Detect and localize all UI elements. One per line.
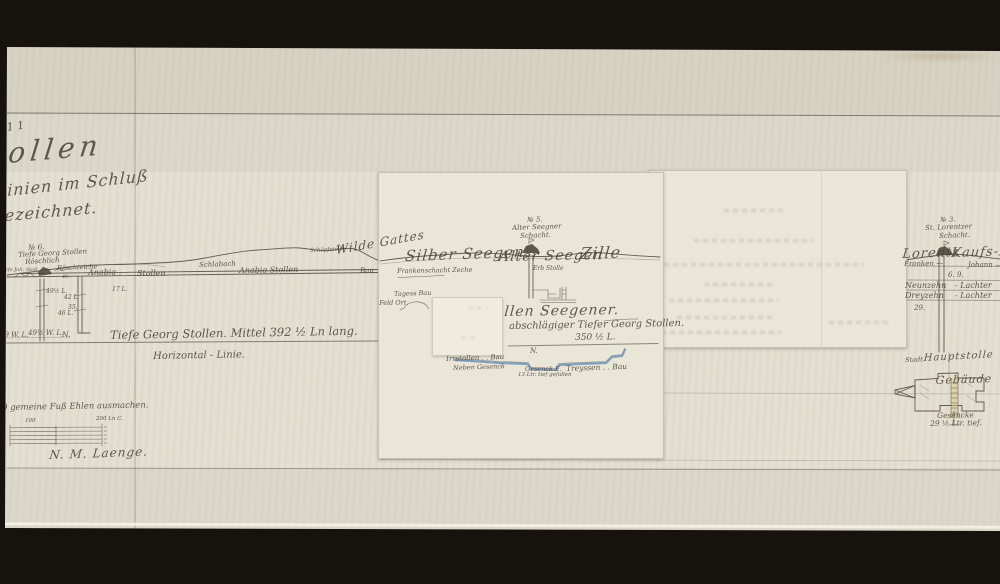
- table-row-dreyzehn: Dreyzehn: [905, 292, 944, 300]
- datum-measure: 99 W. L.: [0, 332, 28, 339]
- label-hauptstolle: Hauptstolle: [923, 350, 993, 364]
- flap-fold: [821, 171, 822, 347]
- scale-bar: [10, 424, 107, 446]
- ruled-line-top: [7, 113, 1000, 116]
- faded-ghost-text: [664, 263, 864, 266]
- faded-ghost-text: [677, 316, 772, 319]
- scale-tick-100: 100: [25, 419, 36, 425]
- depth-measure-right: 29.: [914, 305, 925, 312]
- label-tagess-bau: Tagess Bau: [394, 290, 432, 298]
- heading-length: 350 ½ L.: [575, 333, 616, 343]
- ruled-line-right-faint: [660, 393, 1000, 394]
- heading-north-mark: N.: [530, 348, 538, 355]
- label-zille: Zille: [579, 245, 622, 262]
- label-kaufs: Kaufs-Fr: [951, 245, 1000, 260]
- table-row-neunzehn: Neunzehn: [905, 282, 946, 290]
- ruled-line-bottom: [7, 468, 1000, 470]
- shaft5-sub: Schacht.: [520, 232, 551, 240]
- scale-caption: 9 gemeine Fuß Ehlen ausmachen.: [2, 401, 149, 412]
- label-bau: Bau: [360, 268, 374, 275]
- pasted-flap-faded: [648, 170, 907, 348]
- label-johann: Johann —: [968, 262, 1000, 269]
- title-line-2: Linien im Schluß: [0, 168, 149, 200]
- structure-protrusion: [895, 386, 915, 399]
- faded-ghost-text: [661, 331, 781, 334]
- water-label-neben-gesenck: Neben Gesenck: [453, 363, 505, 371]
- scale-length-label: N. M. Laenge.: [49, 446, 149, 462]
- datum-measure: 49½ W. L.: [28, 330, 63, 337]
- manuscript-sheet: 1 1 Stollen Linien im Schluß gezeichnet.…: [0, 0, 1000, 584]
- depth-measure: 46 L.: [58, 311, 73, 317]
- faded-ghost-text: [694, 239, 814, 242]
- pasted-patch-small: [432, 297, 503, 356]
- shaft3-sub: Schacht.: [939, 232, 970, 240]
- corner-mark: 1 1: [6, 120, 25, 133]
- label-gesencke-depth: 29 ½ Ltr. tief.: [930, 419, 982, 427]
- water-label-treyssen: Treyssen . . Bau: [566, 363, 627, 373]
- label-schlabach: Schlabach: [199, 261, 236, 269]
- label-gebaeude: Gebäude: [935, 373, 992, 386]
- datum-north-mark: N.: [62, 331, 70, 339]
- faded-ghost-text: [704, 283, 774, 286]
- paper-bottom-edge-highlight: [5, 522, 1000, 528]
- adit-mouth-label: Tiefe Joh. Stoll.: [0, 268, 39, 273]
- table-row-lachter: - Lachter: [955, 282, 992, 290]
- shaft-left-b: [78, 277, 90, 333]
- heading-seegener: llen Seegener.: [504, 303, 620, 319]
- label-anabia: Anabia .: [88, 268, 121, 277]
- label-franken-right: Franken —: [904, 260, 943, 268]
- table-row-lachter: - Lachter: [955, 292, 992, 300]
- ruled-line-datum: [0, 341, 378, 343]
- label-stollen: Stollen: [137, 270, 166, 278]
- title-line-3: gezeichnet.: [0, 200, 98, 225]
- paper-band-mid: [0, 115, 1000, 172]
- label-frankenschacht: Frankenschacht Zeche: [397, 267, 472, 275]
- label-stadt: Stadt: [905, 356, 923, 363]
- label-feld-ort: Feld Ort.: [379, 299, 409, 306]
- mine-buildings-left: [38, 267, 52, 276]
- shaft-right: [939, 256, 944, 352]
- water-label-tief-gefallen: 13 Ltr. tief gefallen: [518, 373, 572, 379]
- shaft6-sub: Röschlich: [25, 257, 60, 266]
- scanned-manuscript: 1 1 Stollen Linien im Schluß gezeichnet.…: [0, 0, 1000, 584]
- paper-band-top: [0, 47, 1000, 115]
- faded-ghost-text: [461, 336, 475, 339]
- faded-ghost-text: [669, 299, 779, 302]
- ruled-line-lower-faint: [380, 460, 1000, 462]
- label-anabia-stollen: Anabia Stollen: [239, 266, 298, 275]
- label-stollen-mittel-length: Tiefe Georg Stollen. Mittel 392 ½ Ln lan…: [110, 326, 358, 342]
- title-line-1: Stollen: [0, 131, 104, 171]
- paper-stain: [880, 52, 1000, 61]
- label-46: 46.: [62, 275, 70, 280]
- label-nums: 6. 9.: [948, 272, 964, 279]
- faded-ghost-text: [724, 209, 784, 212]
- paper-band-bottom: [0, 468, 1000, 530]
- depth-measure: 17 L.: [112, 287, 127, 293]
- scale-tick-200: 200 Ln C.: [96, 417, 123, 423]
- label-horizontal-linie: Horizontal - Linie.: [153, 350, 245, 362]
- depth-measure: 42 L.: [64, 295, 79, 301]
- faded-ghost-text: [468, 306, 488, 309]
- label-erb-stolle: Erb Stolle: [533, 266, 564, 272]
- faded-ghost-text: [829, 321, 889, 324]
